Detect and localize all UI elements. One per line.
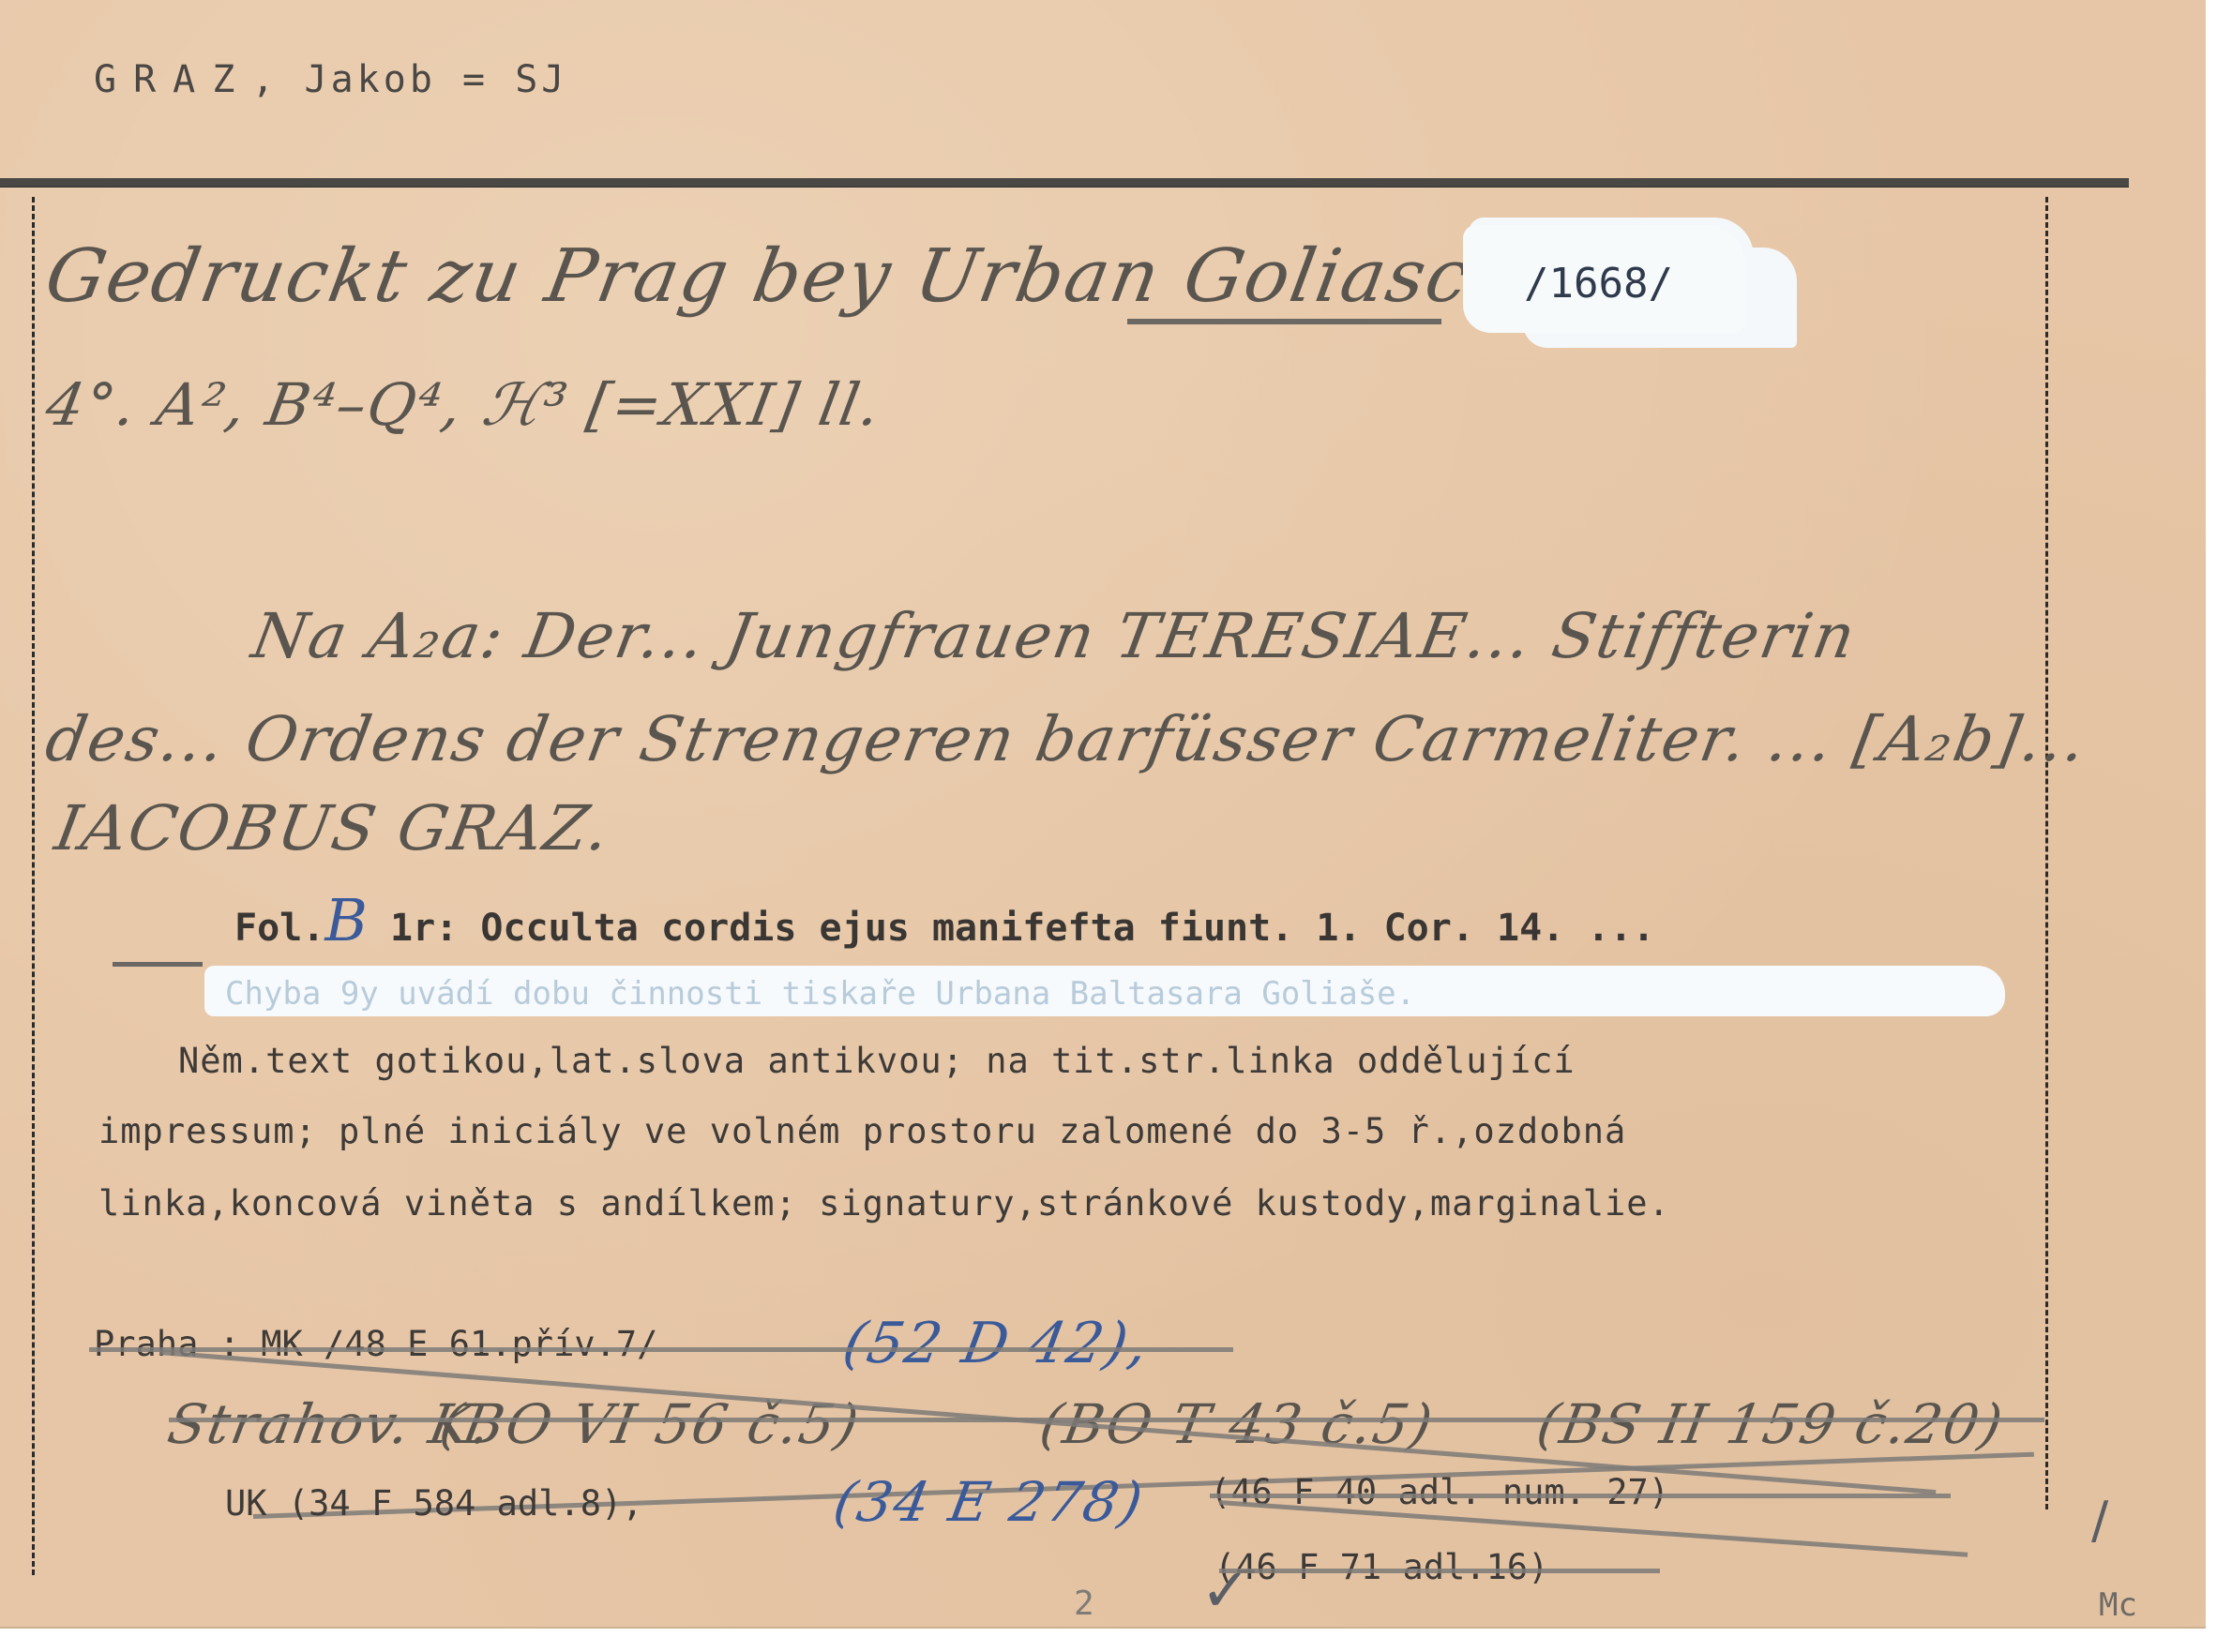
location-praha-shelfmark: MK /48 E 61.přív.7/	[261, 1324, 657, 1364]
imprint-handwritten: Gedruckt zu Prag bey Urban Goliasch.	[39, 234, 1551, 319]
author-surname: GRAZ	[94, 58, 251, 101]
heading-separator: ,	[251, 58, 278, 101]
location-uk-label: UK	[225, 1483, 267, 1524]
location-praha-handwritten-shelfmark: (52 D 42),	[838, 1311, 1154, 1376]
short-rule	[113, 962, 203, 967]
strikethrough-praha	[89, 1347, 1233, 1352]
signature-mark-handwritten: B	[324, 886, 368, 954]
left-margin-dashed-line	[32, 197, 35, 1575]
location-uk-handwritten-shelfmark: (34 E 278)	[829, 1470, 1149, 1534]
strikethrough-uk-3	[1219, 1569, 1660, 1573]
erased-note: Chyba 9y uvádí dobu činnosti tiskaře Urb…	[225, 975, 1415, 1013]
author-given-name: Jakob	[305, 58, 436, 101]
location-uk-shelfmark: (34 F 584 adl.8),	[288, 1483, 643, 1524]
cataloger-initials: Mc	[2099, 1586, 2137, 1624]
checkmark-margin-icon: /	[2091, 1491, 2108, 1550]
page-number: 2	[1074, 1584, 1094, 1623]
location-uk-shelfmark-3: (46 F 71 adl.16)	[1214, 1547, 1548, 1587]
location-praha: Praha : MK /48 E 61.přív.7/	[94, 1324, 657, 1364]
strikethrough-strahov	[169, 1418, 2044, 1422]
dedication-line-2: des... Ordens der Strengeren barfüsser C…	[40, 703, 2092, 775]
incipit-line: Fol.B 1r: Occulta cordis ejus manifefta …	[234, 886, 1655, 954]
card-heading: GRAZ, Jakob = SJ	[94, 58, 567, 101]
collation-handwritten: 4°. A², B⁴–Q⁴, ℋ³ [=XXI] ll.	[41, 370, 887, 439]
description-line-2: impressum; plné iniciály ve volném prost…	[98, 1111, 1626, 1151]
strahov-shelfmark-3: (BS II 159 č.20)	[1532, 1392, 2009, 1456]
catalog-card: GRAZ, Jakob = SJ Gedruckt zu Prag bey Ur…	[0, 0, 2206, 1629]
heading-rule	[0, 178, 2129, 188]
incipit-prefix: Fol.	[234, 907, 324, 950]
publication-year: /1668/	[1524, 260, 1673, 308]
incipit-text: 1r: Occulta cordis ejus manifefta fiunt.…	[390, 907, 1655, 950]
description-line-3: linka,koncová viněta s andílkem; signatu…	[98, 1183, 1670, 1224]
dedication-line-3: IACOBUS GRAZ.	[50, 792, 616, 864]
checkmark-icon: ✓	[1200, 1556, 1251, 1626]
religious-order: = SJ	[462, 58, 567, 101]
dedication-line-1: Na A₂a: Der... Jungfrauen TERESIAE... St…	[247, 600, 1862, 672]
location-uk: UK (34 F 584 adl.8),	[225, 1483, 643, 1524]
description-line-1: Něm.text gotikou,lat.slova antikvou; na …	[178, 1041, 1576, 1081]
right-margin-dashed-line	[2045, 197, 2048, 1509]
strikethrough-uk-2	[1210, 1494, 1951, 1498]
printer-underline	[1127, 319, 1441, 324]
